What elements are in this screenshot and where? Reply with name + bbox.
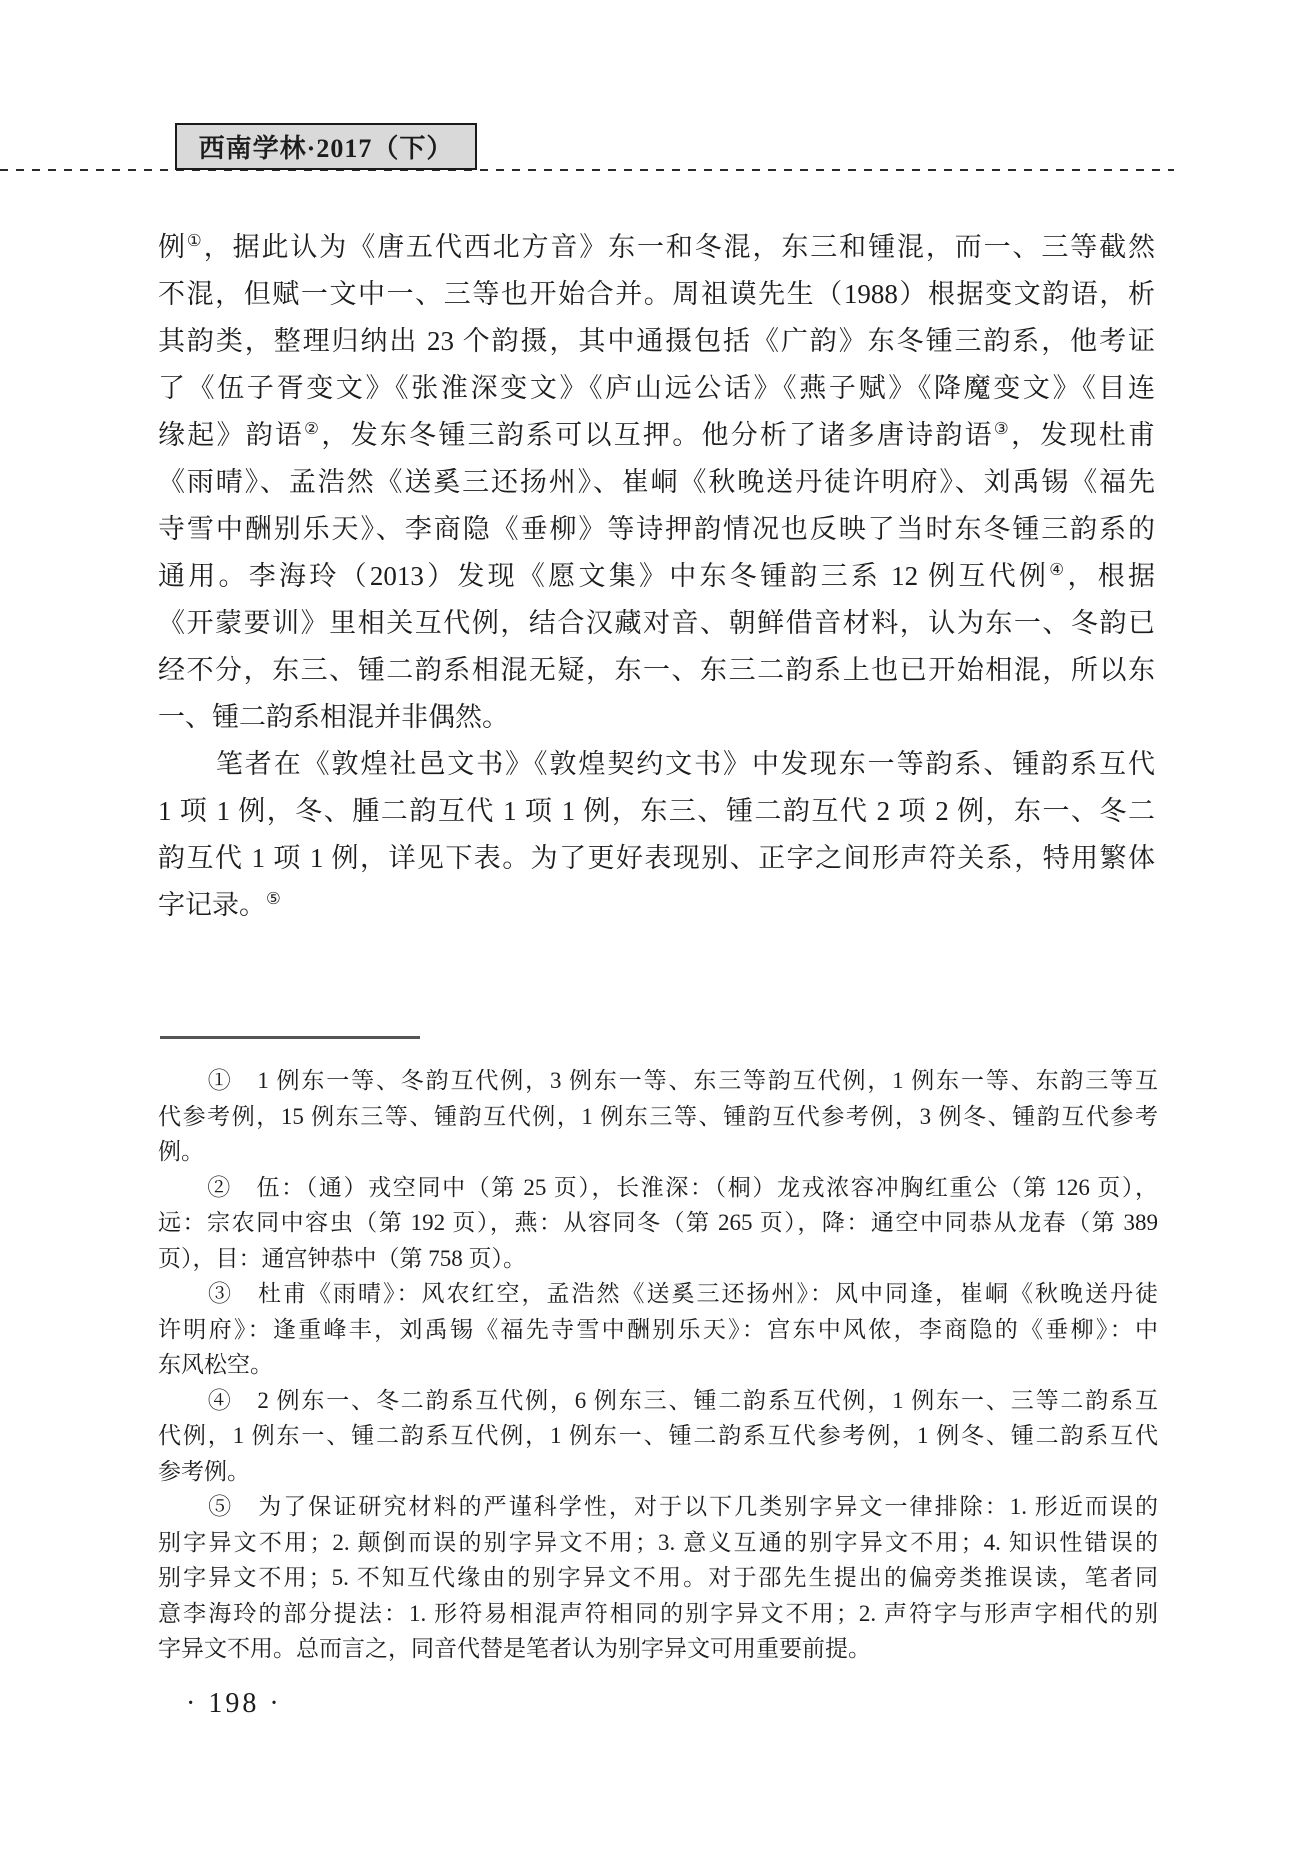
footnote-line: 代参考例，15 例东三等、锺韵互代例，1 例东三等、锺韵互代参考例，3 例冬、锺…: [158, 1099, 1158, 1135]
body-text-line: 一、锺二韵系相混并非偶然。: [158, 694, 1155, 741]
footnote-line: 代例，1 例东一、锺二韵系互代例，1 例东一、锺二韵系互代参考例，1 例冬、锺二…: [158, 1418, 1158, 1454]
footnote-line: 意李海玲的部分提法：1. 形符易相混声符相同的别字异文不用；2. 声符字与形声字…: [158, 1596, 1158, 1632]
running-header-box: 西南学林·2017（下）: [175, 123, 477, 170]
footnote-line: ③ 杜甫《雨晴》：风农红空，孟浩然《送奚三还扬州》：风中同逢，崔峒《秋晚送丹徒: [158, 1276, 1158, 1312]
footnote-ref-marker: ①: [187, 231, 204, 250]
footnote-line: 许明府》：逢重峰丰，刘禹锡《福先寺雪中酬别乐天》：宫东中风侬，李商隐的《垂柳》：…: [158, 1312, 1158, 1348]
footnote-line: ④ 2 例东一、冬二韵系互代例，6 例东三、锺二韵系互代例，1 例东一、三等二韵…: [158, 1383, 1158, 1419]
footnote-line: 别字异文不用；2. 颠倒而误的别字异文不用；3. 意义互通的别字异文不用；4. …: [158, 1525, 1158, 1561]
footnote-line: ① 1 例东一等、冬韵互代例，3 例东一等、东三等韵互代例，1 例东一等、东韵三…: [158, 1063, 1158, 1099]
document-page: 西南学林·2017（下） 例①，据此认为《唐五代西北方音》东一和冬混，东三和锺混…: [0, 0, 1307, 1859]
body-text-line: 1 项 1 例，冬、腫二韵互代 1 项 1 例，东三、锺二韵互代 2 项 2 例…: [158, 788, 1155, 835]
footnote-ref-marker: ④: [1049, 560, 1067, 579]
footnote-line: ⑤ 为了保证研究材料的严谨科学性，对于以下几类别字异文一律排除：1. 形近而误的: [158, 1489, 1158, 1525]
footnote-ref-marker: ③: [994, 419, 1011, 438]
body-text-line: 寺雪中酬别乐天》、李商隐《垂柳》等诗押韵情况也反映了当时东冬锺三韵系的: [158, 506, 1155, 553]
body-text-line: 韵互代 1 项 1 例，详见下表。为了更好表现别、正字之间形声符关系，特用繁体: [158, 835, 1155, 882]
footnote-line: 参考例。: [158, 1454, 1158, 1490]
footnote-line: 页），目：通宫钟恭中（第 758 页）。: [158, 1241, 1158, 1277]
body-text-line: 了《伍子胥变文》《张淮深变文》《庐山远公话》《燕子赋》《降魔变文》《目连: [158, 365, 1155, 412]
body-text-line: 经不分，东三、锺二韵系相混无疑，东一、东三二韵系上也已开始相混，所以东: [158, 647, 1155, 694]
body-text-line: 其韵类，整理归纳出 23 个韵摄，其中通摄包括《广韵》东冬锺三韵系，他考证: [158, 318, 1155, 365]
footnote-separator-rule: [160, 1036, 420, 1039]
body-text-line: 《开蒙要训》里相关互代例，结合汉藏对音、朝鲜借音材料，认为东一、冬韵已: [158, 600, 1155, 647]
footnotes-block: ① 1 例东一等、冬韵互代例，3 例东一等、东三等韵互代例，1 例东一等、东韵三…: [158, 1063, 1158, 1667]
footnote-line: 字异文不用。总而言之，同音代替是笔者认为别字异文可用重要前提。: [158, 1631, 1158, 1667]
footnote-ref-marker: ⑤: [266, 889, 281, 908]
page-number: · 198 ·: [186, 1688, 282, 1720]
body-text-line: 通用。李海玲（2013）发现《愿文集》中东冬锺韵三系 12 例互代例④，根据: [158, 553, 1155, 600]
footnote-line: 东风松空。: [158, 1347, 1158, 1383]
footnote-ref-marker: ②: [304, 419, 321, 438]
body-text-line: 不混，但赋一文中一、三等也开始合并。周祖谟先生（1988）根据变文韵语，析: [158, 271, 1155, 318]
footnote-line: 例。: [158, 1134, 1158, 1170]
body-text-line: 笔者在《敦煌社邑文书》《敦煌契约文书》中发现东一等韵系、锺韵系互代: [158, 741, 1155, 788]
body-text: 例①，据此认为《唐五代西北方音》东一和冬混，东三和锺混，而一、三等截然不混，但赋…: [158, 224, 1155, 929]
body-text-line: 《雨晴》、孟浩然《送奚三还扬州》、崔峒《秋晚送丹徒许明府》、刘禹锡《福先: [158, 459, 1155, 506]
journal-title: 西南学林·2017（下）: [199, 128, 454, 165]
body-text-line: 缘起》韵语②，发东冬锺三韵系可以互押。他分析了诸多唐诗韵语③，发现杜甫: [158, 412, 1155, 459]
footnote-line: 别字异文不用；5. 不知互代缘由的别字异文不用。对于邵先生提出的偏旁类推误读，笔…: [158, 1560, 1158, 1596]
body-text-line: 例①，据此认为《唐五代西北方音》东一和冬混，东三和锺混，而一、三等截然: [158, 224, 1155, 271]
footnote-line: ② 伍：（通）戎空同中（第 25 页），长淮深：（桐）龙戎浓容冲胸红重公（第 1…: [158, 1170, 1158, 1206]
footnote-line: 远：宗农同中容虫（第 192 页），燕：从容同冬（第 265 页），降：通空中同…: [158, 1205, 1158, 1241]
body-text-line: 字记录。⑤: [158, 882, 1155, 929]
